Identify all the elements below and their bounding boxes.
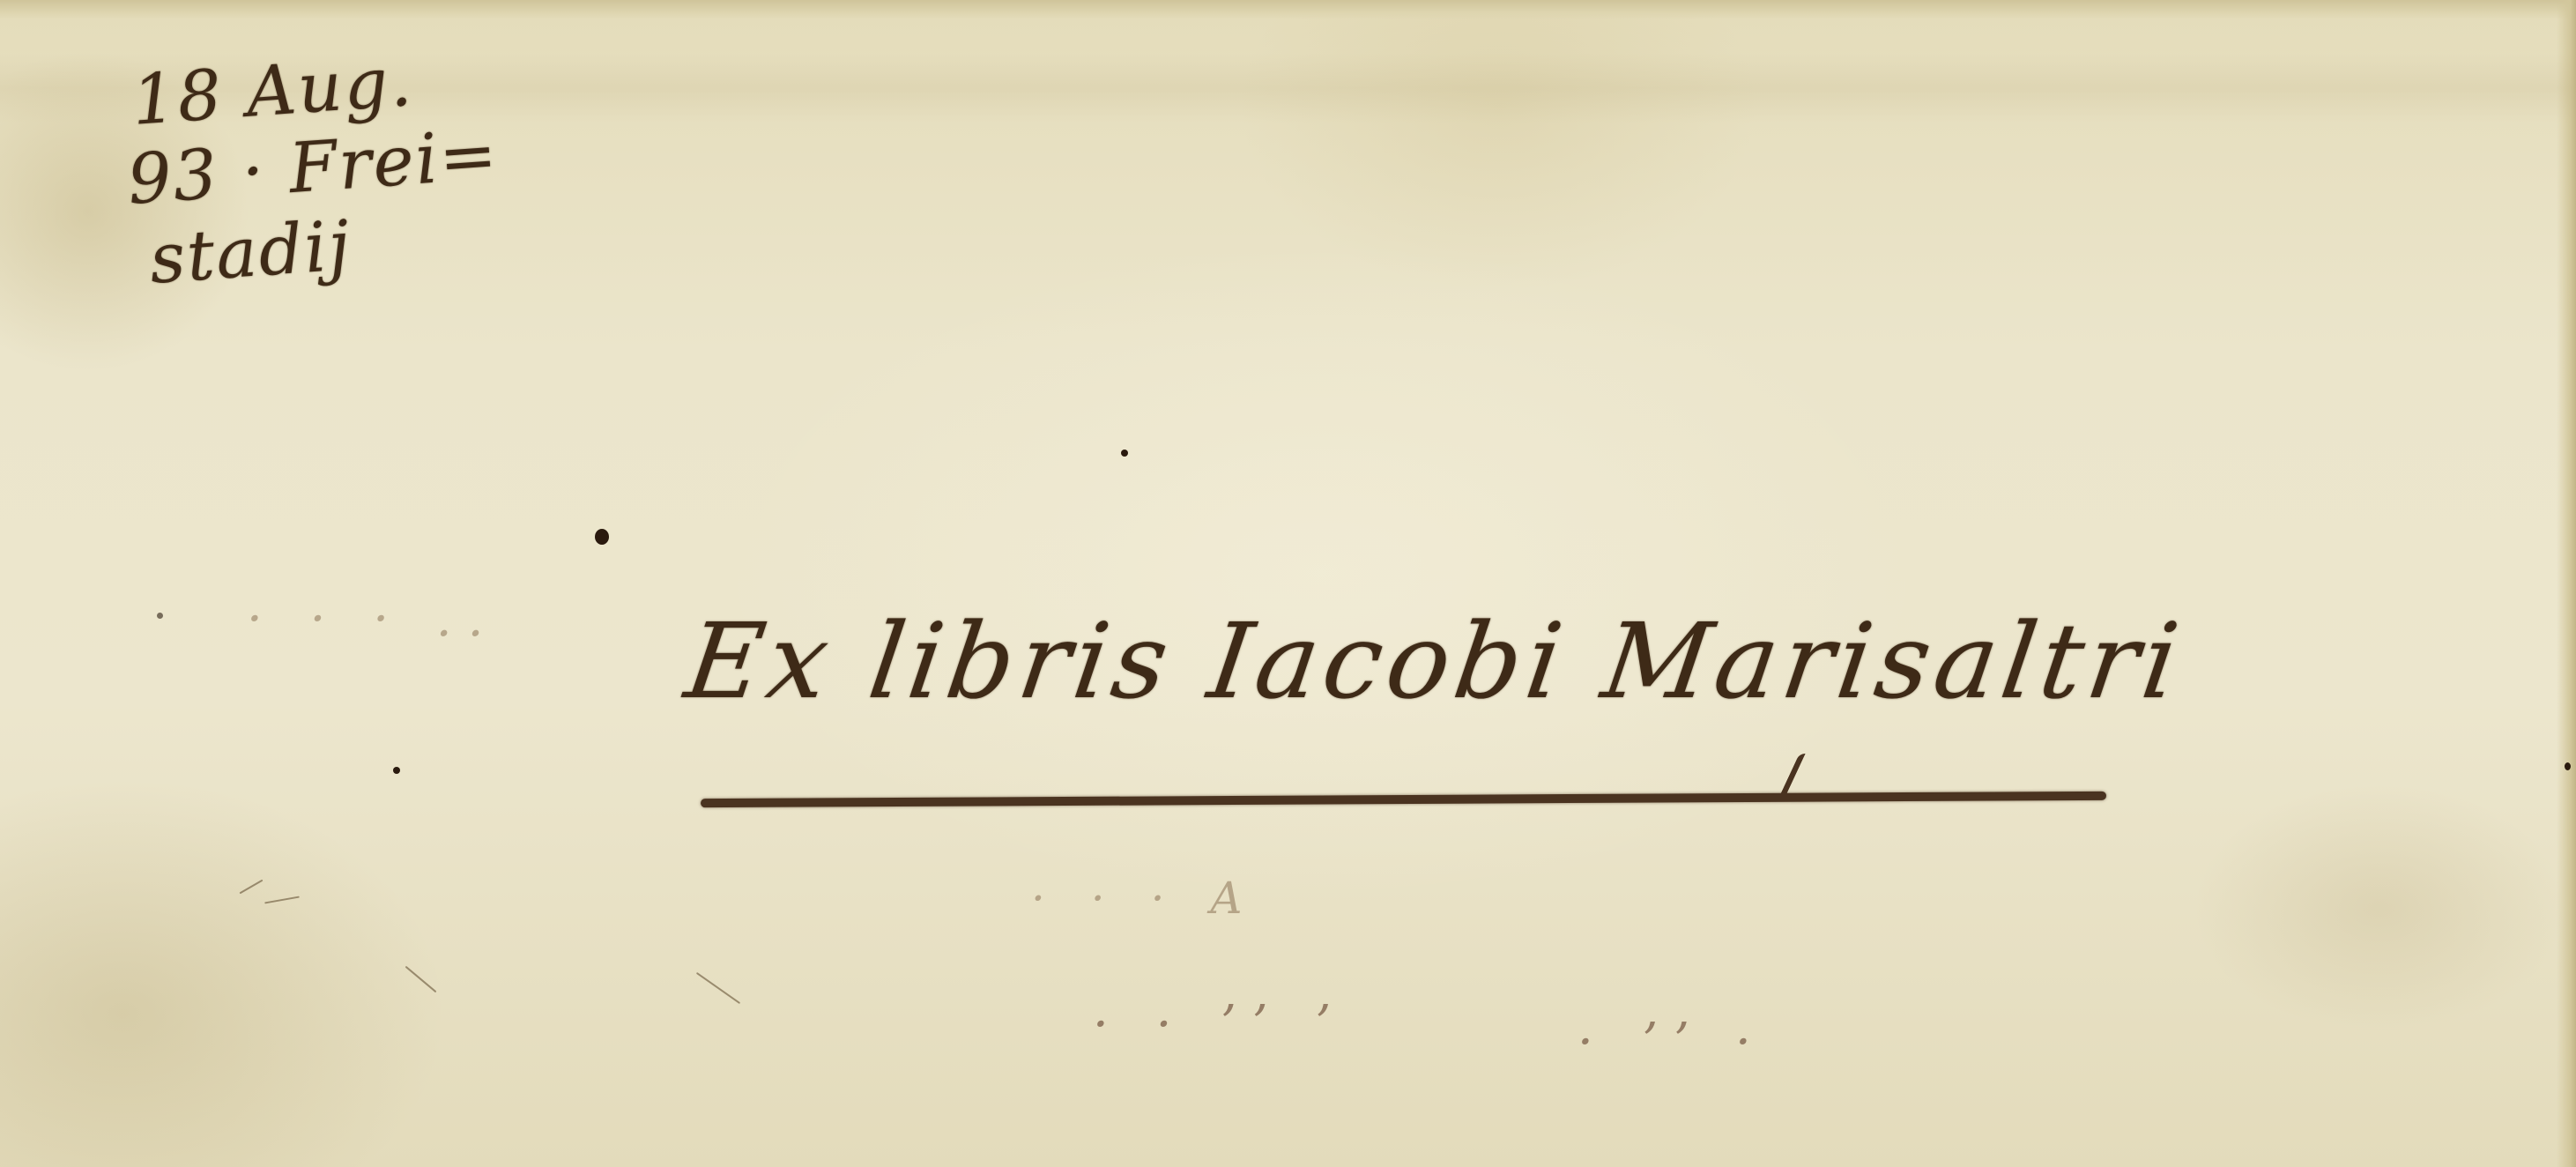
paper-fiber <box>696 972 740 1004</box>
ink-speck <box>1121 450 1128 457</box>
margin-date-note: 18 Aug. 93 · Frei= stadij <box>132 62 502 300</box>
manuscript-page: 18 Aug. 93 · Frei= stadij Ex libris Iaco… <box>0 0 2576 1167</box>
faded-ink-trace-bottom-upper: · · · A <box>1031 873 1258 924</box>
ink-speck <box>393 767 400 774</box>
paper-fiber <box>405 966 437 992</box>
faded-ink-trace-bottom-right: · ʼʼ · <box>1578 1014 1767 1071</box>
paper-fiber <box>240 880 264 895</box>
page-top-edge <box>0 0 2576 19</box>
paper-fiber <box>264 896 300 904</box>
faded-ink-trace-left: · · · .. <box>247 591 499 648</box>
ex-libris-inscription: Ex libris Iacobi Marisaltri <box>679 599 2191 723</box>
ink-speck <box>2565 762 2571 770</box>
inscription-underline <box>701 792 2106 807</box>
page-right-edge <box>2557 0 2576 1167</box>
ink-speck <box>157 613 163 619</box>
faded-ink-trace-bottom-left: · · ʼʼ ʼ <box>1093 996 1345 1053</box>
ink-speck <box>595 529 609 545</box>
underline-flourish <box>1778 754 1840 798</box>
